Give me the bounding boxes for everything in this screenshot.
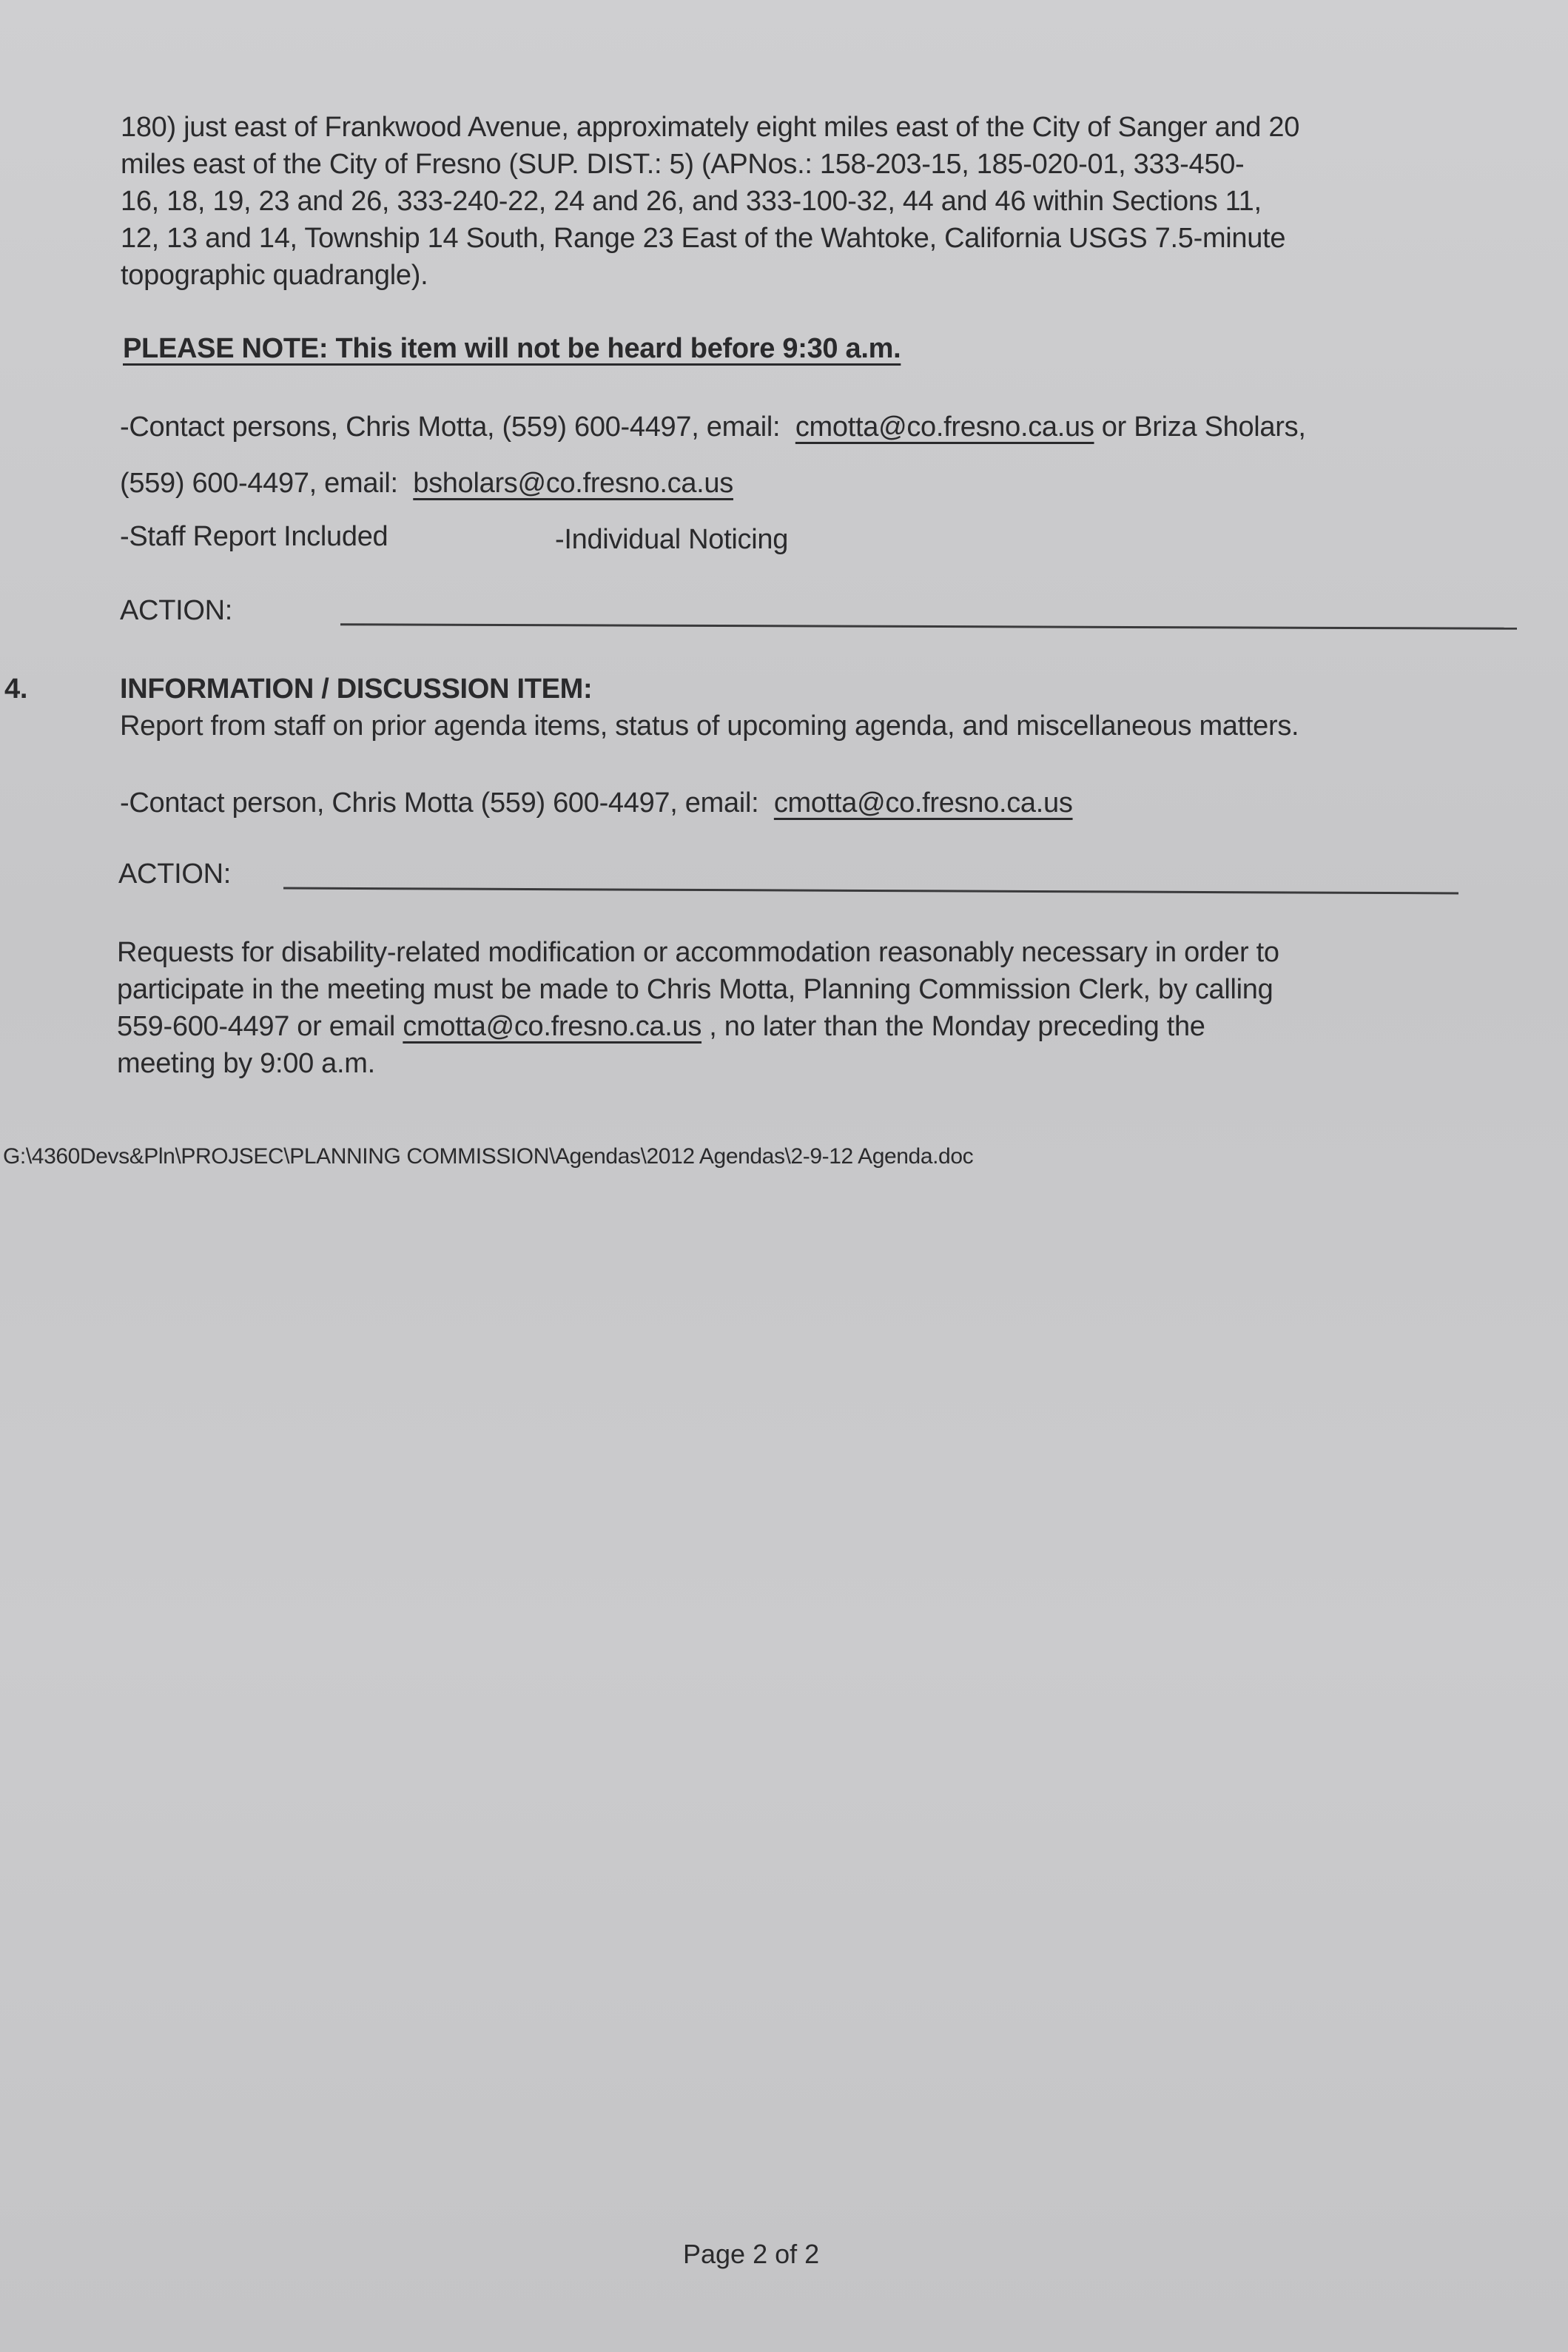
page-number: Page 2 of 2 xyxy=(683,2239,819,2270)
contact-text: or Briza Sholars, xyxy=(1102,411,1306,443)
paragraph-line: 559-600-4497 or email cmotta@co.fresno.c… xyxy=(117,1008,1567,1045)
paragraph-line: participate in the meeting must be made … xyxy=(117,971,1567,1008)
item4-heading: INFORMATION / DISCUSSION ITEM: xyxy=(120,671,592,708)
paragraph-line: 12, 13 and 14, Township 14 South, Range … xyxy=(121,220,1541,257)
paragraph-line: Requests for disability-related modifica… xyxy=(117,934,1567,971)
staff-report-included: -Staff Report Included xyxy=(120,518,388,555)
paragraph-line: meeting by 9:00 a.m. xyxy=(117,1045,1567,1082)
individual-noticing: -Individual Noticing xyxy=(555,521,788,558)
email-link-cmotta[interactable]: cmotta@co.fresno.ca.us xyxy=(774,787,1073,819)
item4-action-label: ACTION: xyxy=(118,856,231,893)
document-file-path: G:\4360Devs&Pln\PROJSEC\PLANNING COMMISS… xyxy=(3,1144,973,1169)
item3-contact-line-1: -Contact persons, Chris Motta, (559) 600… xyxy=(120,409,1555,446)
accommodation-text: , no later than the Monday preceding the xyxy=(709,1011,1205,1042)
contact-text: -Contact person, Chris Motta (559) 600-4… xyxy=(120,787,758,819)
please-note: PLEASE NOTE: This item will not be heard… xyxy=(123,330,901,367)
paragraph-line: 16, 18, 19, 23 and 26, 333-240-22, 24 an… xyxy=(121,183,1541,220)
paragraph-line: topographic quadrangle). xyxy=(121,257,1541,294)
item4-number: 4. xyxy=(4,671,27,708)
accommodation-text: 559-600-4497 or email xyxy=(117,1011,395,1042)
accommodation-notice: Requests for disability-related modifica… xyxy=(117,934,1567,1082)
contact-text: -Contact persons, Chris Motta, (559) 600… xyxy=(120,411,780,443)
item3-location-paragraph: 180) just east of Frankwood Avenue, appr… xyxy=(121,109,1541,294)
item3-action-label: ACTION: xyxy=(120,592,232,629)
email-link-cmotta[interactable]: cmotta@co.fresno.ca.us xyxy=(403,1011,701,1042)
item4-contact-line: -Contact person, Chris Motta (559) 600-4… xyxy=(120,784,1073,821)
item3-contact-line-2: (559) 600-4497, email: bsholars@co.fresn… xyxy=(120,465,733,502)
paragraph-line: 180) just east of Frankwood Avenue, appr… xyxy=(121,109,1541,146)
contact-text: (559) 600-4497, email: xyxy=(120,468,398,499)
email-link-cmotta[interactable]: cmotta@co.fresno.ca.us xyxy=(795,411,1094,443)
email-link-bsholars[interactable]: bsholars@co.fresno.ca.us xyxy=(413,468,733,499)
document-page: 180) just east of Frankwood Avenue, appr… xyxy=(0,0,1568,2352)
item3-action-line xyxy=(340,623,1517,630)
item4-action-line xyxy=(283,887,1458,895)
paragraph-line: miles east of the City of Fresno (SUP. D… xyxy=(121,146,1541,183)
item4-description: Report from staff on prior agenda items,… xyxy=(120,708,1299,745)
